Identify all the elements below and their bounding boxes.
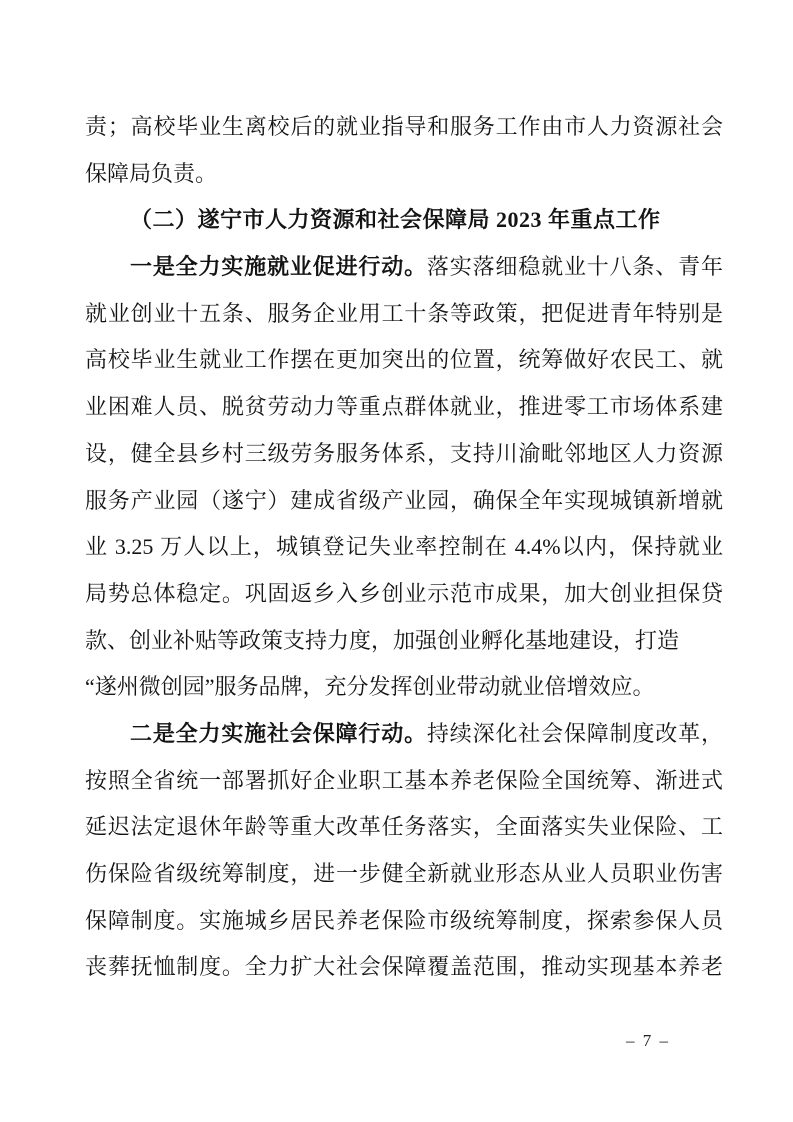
line-text: 款、创业补贴等政策支持力度，加强创业孵化基地建设，打造 <box>85 628 679 653</box>
line-text: 责；高校毕业生离校后的就业指导和服务工作由市人力资源社会 <box>85 114 723 139</box>
document-page: 责；高校毕业生离校后的就业指导和服务工作由市人力资源社会 保障局负责。 （二）遂… <box>0 0 793 1122</box>
heading-text: （二）遂宁市人力资源和社会保障局 2023 年重点工作 <box>130 207 661 232</box>
paragraph-line: 责；高校毕业生离校后的就业指导和服务工作由市人力资源社会 <box>85 104 723 151</box>
paragraph-line: 就业创业十五条、服务企业用工十条等政策，把促进青年特别是 <box>85 291 723 338</box>
line-text: 设，健全县乡村三级劳务服务体系，支持川渝毗邻地区人力资源 <box>85 441 723 466</box>
paragraph-line: 服务产业园（遂宁）建成省级产业园，确保全年实现城镇新增就 <box>85 478 723 525</box>
line-text: 保障局负责。 <box>85 161 217 186</box>
paragraph-line: 丧葬抚恤制度。全力扩大社会保障覆盖范围，推动实现基本养老 <box>85 944 723 991</box>
page-number: – 7 – <box>626 1030 670 1052</box>
line-text: 业困难人员、脱贫劳动力等重点群体就业，推进零工市场体系建 <box>85 394 723 419</box>
paragraph-line: 高校毕业生就业工作摆在更加突出的位置，统筹做好农民工、就 <box>85 337 723 384</box>
line-text: 就业创业十五条、服务企业用工十条等政策，把促进青年特别是 <box>85 301 723 326</box>
paragraph-line: 二是全力实施社会保障行动。持续深化社会保障制度改革， <box>85 711 723 758</box>
paragraph-line: 设，健全县乡村三级劳务服务体系，支持川渝毗邻地区人力资源 <box>85 431 723 478</box>
paragraph-line: 保障制度。实施城乡居民养老保险市级统筹制度，探索参保人员 <box>85 898 723 945</box>
line-text: 高校毕业生就业工作摆在更加突出的位置，统筹做好农民工、就 <box>85 347 723 372</box>
paragraph-line: 款、创业补贴等政策支持力度，加强创业孵化基地建设，打造 <box>85 618 723 665</box>
line-text: 延迟法定退休年龄等重大改革任务落实，全面落实失业保险、工 <box>85 814 723 839</box>
line-text: 局势总体稳定。巩固返乡入乡创业示范市成果，加大创业担保贷 <box>85 581 723 606</box>
line-text: 落实落细稳就业十八条、青年 <box>427 254 723 279</box>
paragraph-lead: 二是全力实施社会保障行动。 <box>130 721 427 746</box>
line-text: 服务产业园（遂宁）建成省级产业园，确保全年实现城镇新增就 <box>85 488 723 513</box>
paragraph-line: 业困难人员、脱贫劳动力等重点群体就业，推进零工市场体系建 <box>85 384 723 431</box>
paragraph-line: 业 3.25 万人以上，城镇登记失业率控制在 4.4%以内，保持就业 <box>85 524 723 571</box>
paragraph-lead: 一是全力实施就业促进行动。 <box>130 254 427 279</box>
line-text: 按照全省统一部署抓好企业职工基本养老保险全国统筹、渐进式 <box>85 768 723 793</box>
paragraph-line: 局势总体稳定。巩固返乡入乡创业示范市成果，加大创业担保贷 <box>85 571 723 618</box>
line-text: “遂州微创园”服务品牌，充分发挥创业带动就业倍增效应。 <box>85 674 655 699</box>
paragraph-line: 延迟法定退休年龄等重大改革任务落实，全面落实失业保险、工 <box>85 804 723 851</box>
line-text: 业 3.25 万人以上，城镇登记失业率控制在 4.4%以内，保持就业 <box>85 534 723 559</box>
paragraph-line: 一是全力实施就业促进行动。落实落细稳就业十八条、青年 <box>85 244 723 291</box>
paragraph-line: 保障局负责。 <box>85 151 723 198</box>
line-text: 保障制度。实施城乡居民养老保险市级统筹制度，探索参保人员 <box>85 908 723 933</box>
document-body: 责；高校毕业生离校后的就业指导和服务工作由市人力资源社会 保障局负责。 （二）遂… <box>85 104 723 991</box>
paragraph-line: 伤保险省级统筹制度，进一步健全新就业形态从业人员职业伤害 <box>85 851 723 898</box>
section-heading: （二）遂宁市人力资源和社会保障局 2023 年重点工作 <box>85 197 723 244</box>
paragraph-line: “遂州微创园”服务品牌，充分发挥创业带动就业倍增效应。 <box>85 664 723 711</box>
line-text: 持续深化社会保障制度改革， <box>427 721 723 746</box>
line-text: 伤保险省级统筹制度，进一步健全新就业形态从业人员职业伤害 <box>85 861 723 886</box>
paragraph-line: 按照全省统一部署抓好企业职工基本养老保险全国统筹、渐进式 <box>85 758 723 805</box>
line-text: 丧葬抚恤制度。全力扩大社会保障覆盖范围，推动实现基本养老 <box>85 954 723 979</box>
